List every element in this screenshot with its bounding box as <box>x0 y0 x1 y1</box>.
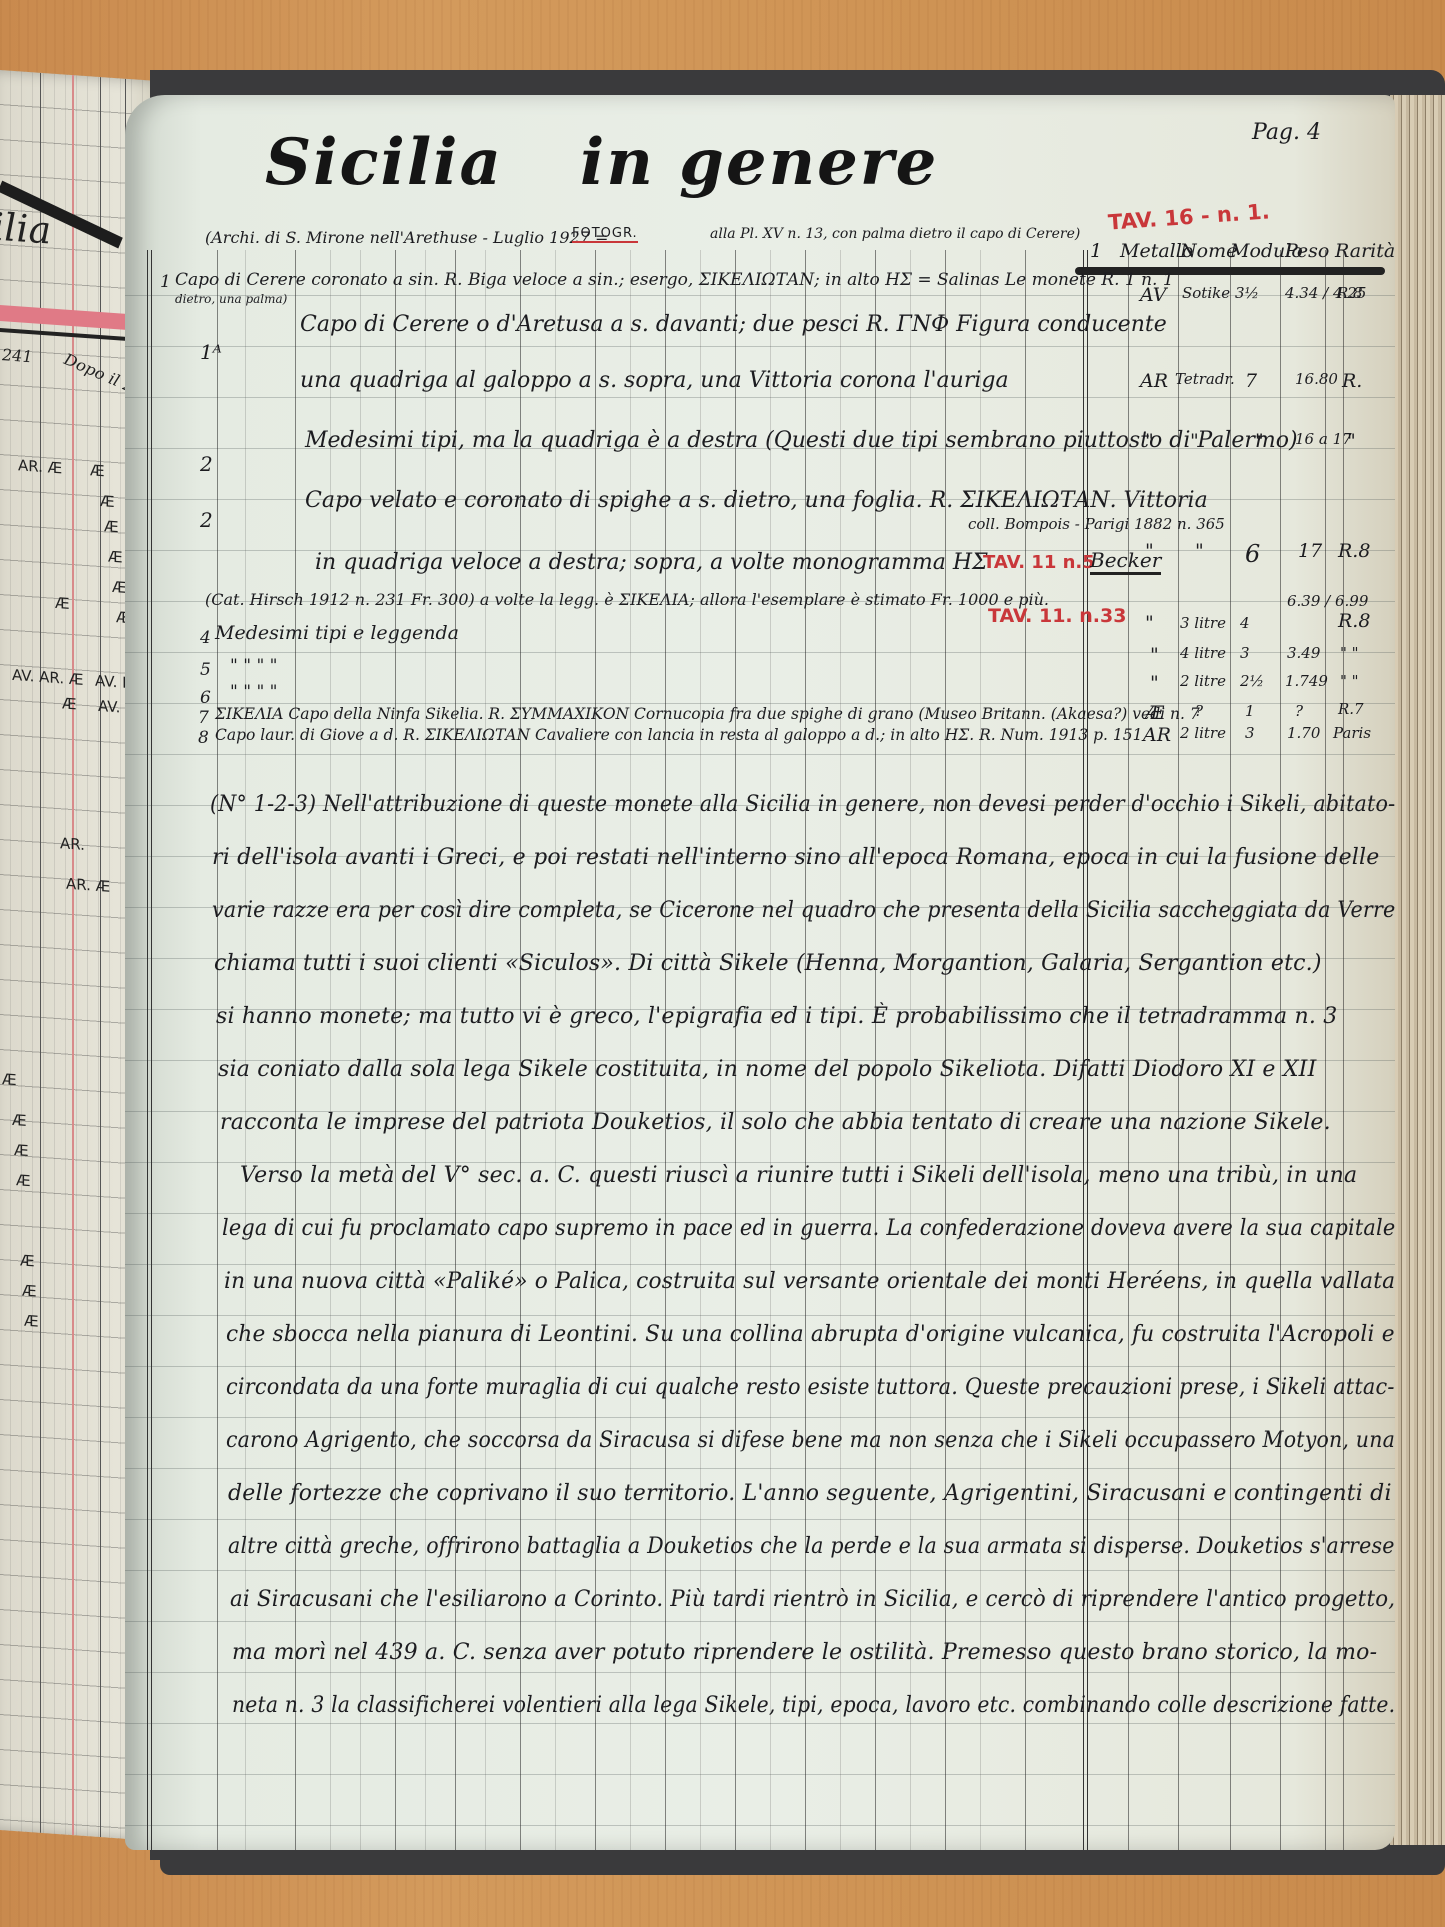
entry-number: 4 <box>200 628 211 648</box>
entry-modulo: 3½ <box>1235 284 1259 302</box>
entry-metallo: AR <box>1143 724 1171 746</box>
left-page-mark: Æ <box>104 517 119 536</box>
left-page-mark: Æ <box>24 1312 39 1331</box>
commentary-line: sia coniato dalla sola lega Sikele costi… <box>218 1057 1316 1082</box>
page-title-in-genere: in genere <box>580 125 938 200</box>
entry-modulo: 6 <box>1245 540 1260 568</box>
entry-collection-note: coll. Bompois - Parigi 1882 n. 365 <box>968 515 1225 533</box>
entry-nome: 2 litre <box>1180 724 1226 742</box>
plate-reference-note: alla Pl. XV n. 13, con palma dietro il c… <box>710 226 1080 242</box>
entry-nome: 2 litre <box>1180 672 1226 690</box>
left-page-mark: AR. <box>60 834 85 854</box>
entry-description: Capo velato e coronato di spighe a s. di… <box>305 488 1208 513</box>
entry-nome: " <box>1195 540 1204 562</box>
commentary-line: ma morì nel 439 a. C. senza aver potuto … <box>232 1640 1377 1665</box>
entry-description: Capo di Cerere coronato a sin. R. Biga v… <box>175 270 1174 290</box>
entry-peso: ? <box>1295 702 1303 720</box>
entry-description-cont: una quadriga al galoppo a s. sopra, una … <box>300 368 1009 393</box>
commentary-line: circondata da una forte muraglia di cui … <box>226 1375 1395 1400</box>
entry-peso: 1.70 <box>1287 724 1320 742</box>
left-page-rule <box>100 77 101 1837</box>
entry-number: 2 <box>200 508 213 532</box>
left-page-mark: Æ <box>12 1111 27 1130</box>
left-page-mark: Æ <box>20 1251 35 1270</box>
left-page-mark: Æ <box>16 1171 31 1190</box>
entry-description-cont: in quadriga veloce a destra; sopra, a vo… <box>315 550 988 575</box>
entry-metallo: AR <box>1140 370 1168 392</box>
entry-peso: 3.49 <box>1287 644 1320 662</box>
left-page-rule <box>40 73 41 1833</box>
entry-description: Capo di Cerere o d'Aretusa a s. davanti;… <box>300 312 1167 337</box>
margin-rule <box>147 250 152 1850</box>
page-number: Pag. 4 <box>1252 120 1321 145</box>
entry-nome: 4 litre <box>1180 644 1226 662</box>
commentary-line: neta n. 3 la classificherei volentieri a… <box>232 1693 1395 1718</box>
entry-number: 6 <box>200 688 211 708</box>
entry-number: 8 <box>198 728 209 748</box>
entry-description: Medesimi tipi e leggenda <box>215 622 459 644</box>
left-page-mark: AR. Æ <box>18 456 62 477</box>
left-page-mark: Æ <box>100 492 115 511</box>
entry-modulo: 4 <box>1240 614 1250 632</box>
entry-metallo: " <box>1145 612 1154 634</box>
entry-nome: Tetradr. <box>1175 370 1235 388</box>
entry-description: ΣΙΚΕΛΙΑ Capo della Ninfa Sikelia. R. ΣΥΜ… <box>215 705 1200 723</box>
commentary-line: ai Siracusani che l'esiliarono a Corinto… <box>230 1587 1395 1612</box>
fotogr-label: FOTOGR. <box>572 226 638 243</box>
entry-peso: 6.39 / 6.99 <box>1287 592 1368 610</box>
entry-peso: 16.80 <box>1295 370 1338 388</box>
left-page-mark: Æ <box>90 461 105 480</box>
entry-number: 1 <box>160 272 171 292</box>
entry-description: " " " " <box>230 656 278 676</box>
entry-metallo: " <box>1150 672 1159 694</box>
entry-metallo: Æ <box>1145 702 1164 724</box>
entry-modulo: 2½ <box>1240 672 1264 690</box>
commentary-line: si hanno monete; ma tutto vi è greco, l'… <box>216 1004 1337 1029</box>
left-page-mark: Æ <box>55 594 70 613</box>
entry-description: " " " " <box>230 682 278 702</box>
page-edges <box>1390 95 1445 1855</box>
left-page-mark: AR. Æ <box>66 875 110 896</box>
tav-11-n33-annotation: TAV. 11. n.33 <box>988 605 1126 627</box>
entry-catalog-note: (Cat. Hirsch 1912 n. 231 Fr. 300) a volt… <box>205 590 1049 609</box>
commentary-line: altre città greche, offrirono battaglia … <box>228 1534 1395 1559</box>
entry-modulo: 3 <box>1240 644 1250 662</box>
column-header-number: 1 <box>1090 240 1102 262</box>
entry-number: 7 <box>198 708 209 728</box>
entry-modulo: " <box>1255 430 1264 452</box>
column-header-nome: Nome <box>1180 240 1237 262</box>
entry-number: 5 <box>200 660 211 680</box>
column-header-rarita: Rarità <box>1335 240 1395 262</box>
column-rule <box>217 250 218 1850</box>
header-reference-note: (Archi. di S. Mirone nell'Arethuse - Lug… <box>205 228 608 247</box>
left-page-header-fragment: 241 <box>2 345 33 366</box>
commentary-line: in una nuova città «Paliké» o Palica, co… <box>224 1269 1395 1294</box>
entry-modulo: 3 <box>1245 724 1255 742</box>
page-title-sicilia: Sicilia <box>265 125 503 200</box>
entry-nome: 3 litre <box>1180 614 1226 632</box>
entry-peso: 17 <box>1298 540 1322 562</box>
entry-nome: ? <box>1195 702 1203 720</box>
entry-description: Capo laur. di Giove a d. R. ΣΙΚΕΛΙΩΤΑΝ C… <box>215 726 1142 744</box>
entry-number: 2 <box>200 452 213 476</box>
commentary-line: Verso la metà del V° sec. a. C. questi r… <box>240 1163 1357 1188</box>
column-header-peso: Peso <box>1285 240 1329 262</box>
entry-modulo: 7 <box>1245 370 1257 392</box>
entry-rarita: R.7 <box>1338 700 1364 718</box>
entry-number: 1ᴬ <box>200 340 222 364</box>
entry-metallo: " <box>1145 430 1154 452</box>
entry-peso: 1.749 <box>1285 672 1328 690</box>
entry-rarita: " " <box>1340 644 1359 662</box>
left-page-mark: Æ <box>108 548 123 567</box>
commentary-line: varie razze era per così dire completa, … <box>212 898 1395 923</box>
commentary-line: che sbocca nella pianura di Leontini. Su… <box>226 1322 1395 1347</box>
entry-rarita: " " <box>1340 672 1359 690</box>
commentary-line: carono Agrigento, che soccorsa da Siracu… <box>226 1428 1395 1453</box>
entry-metallo: " <box>1145 540 1154 562</box>
entry-rarita: Paris <box>1333 724 1371 742</box>
entry-description-cont: dietro, una palma) <box>175 292 287 306</box>
left-page-mark: Æ <box>2 1070 17 1089</box>
entry-nome: Sotike <box>1182 284 1230 302</box>
commentary-line: (N° 1-2-3) Nell'attribuzione di queste m… <box>210 792 1395 817</box>
commentary-line: chiama tutti i suoi clienti «Siculos». D… <box>214 951 1322 976</box>
entry-modulo: 1 <box>1245 702 1255 720</box>
entry-rarita: R. <box>1342 370 1362 392</box>
entry-rarita: R.8 <box>1338 540 1370 562</box>
entry-rarita: R.8 <box>1338 610 1370 632</box>
tav-11-n5-annotation: TAV. 11 n.5 <box>983 552 1095 573</box>
entry-metallo: AV <box>1140 284 1167 306</box>
commentary-line: delle fortezze che coprivano il suo terr… <box>228 1481 1392 1506</box>
left-page-mark: Æ <box>14 1141 29 1160</box>
left-page-mark: Æ <box>62 694 77 713</box>
commentary-line: ri dell'isola avanti i Greci, e poi rest… <box>212 845 1380 870</box>
entry-peso: 16 a 17 <box>1295 430 1352 448</box>
commentary-line: lega di cui fu proclamato capo supremo i… <box>222 1216 1395 1241</box>
left-page-mark: Æ <box>22 1282 37 1301</box>
commentary-line: racconta le imprese del patriota Douketi… <box>220 1110 1331 1135</box>
entry-rarita: R.8 <box>1337 284 1363 302</box>
entry-nome: " <box>1190 430 1199 452</box>
left-page-title: ilia <box>0 204 51 252</box>
entry-metallo: " <box>1150 644 1159 666</box>
left-page-red-rule <box>72 75 74 1835</box>
entry-rarita: " <box>1347 430 1356 452</box>
